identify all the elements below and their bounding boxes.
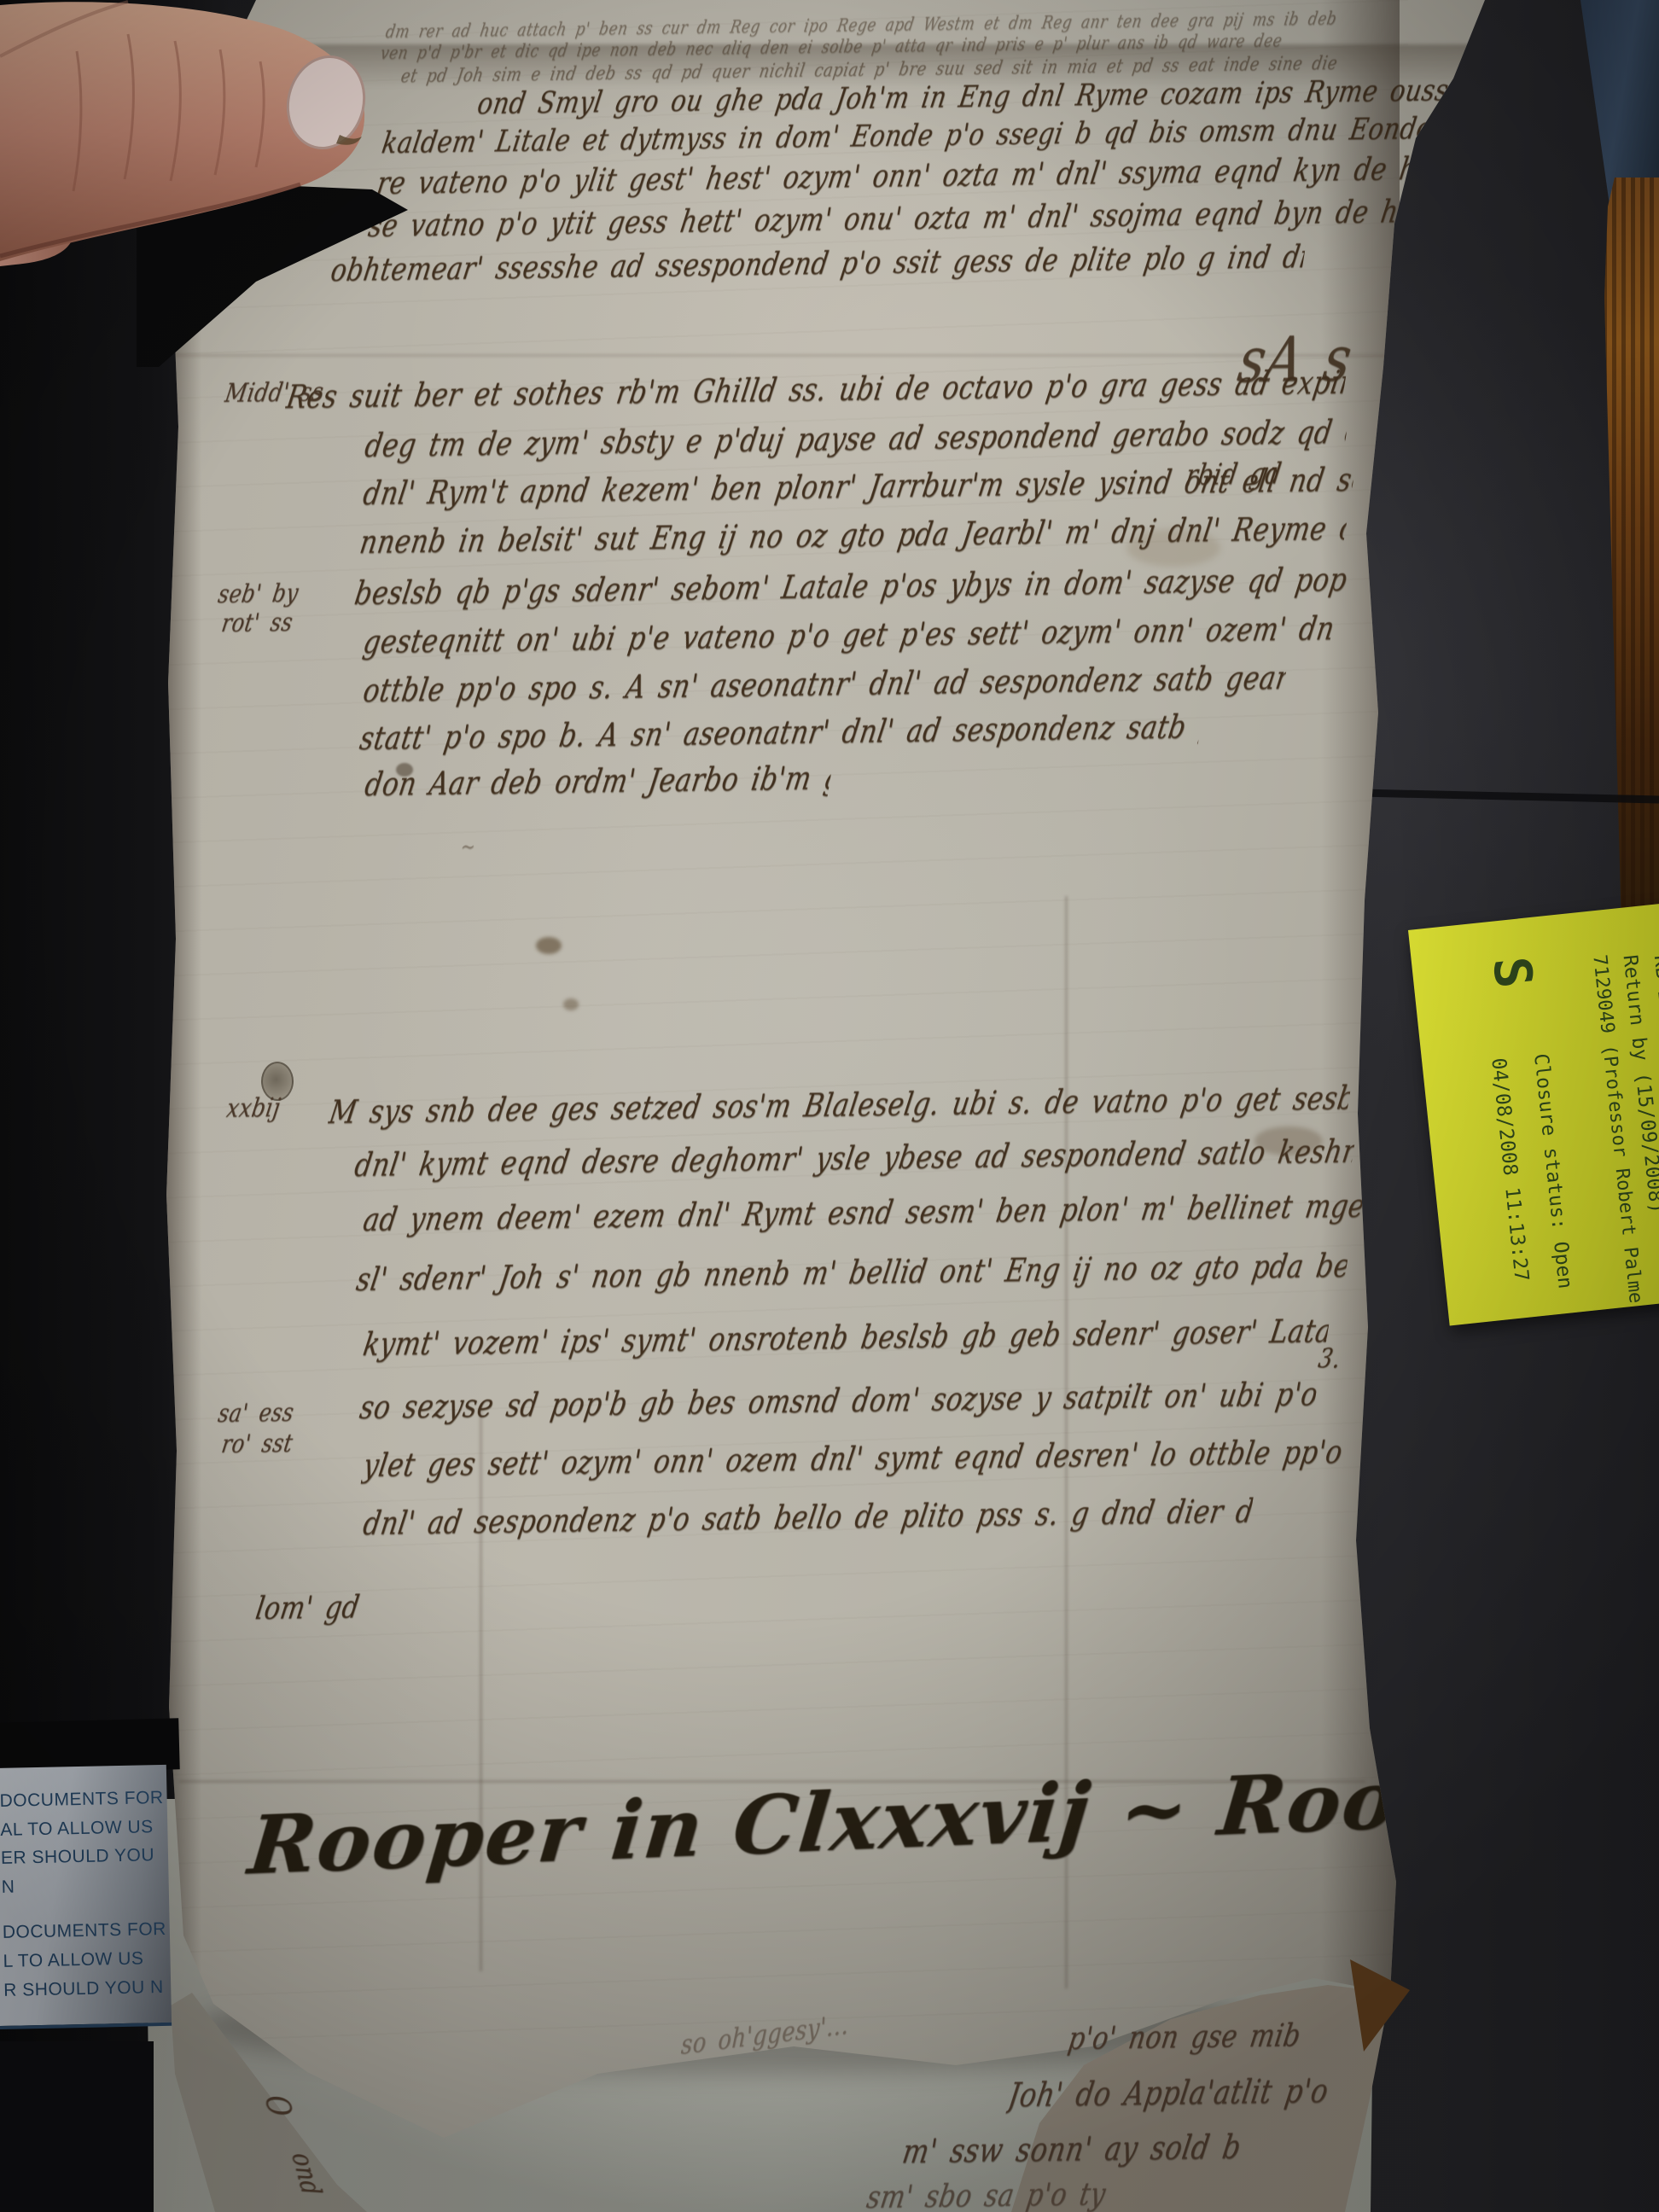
label-line: ER SHOULD YOU N: [1, 1841, 169, 1901]
tail-text-line: m' ssw sonn' ay sold b: [899, 2125, 1375, 2171]
tail-text-line: Joh' do Appla'atlit p'o: [1005, 2070, 1387, 2116]
parchment-crease: [480, 1408, 482, 1971]
manuscript-line: don Aar deb ordm' Jearbo ib'm gd: [362, 760, 833, 804]
slip-big-letter: S: [1485, 954, 1539, 990]
slip-timestamp: 04/08/2008 11:13:27: [1487, 1057, 1532, 1282]
archive-photo: dm rer ad huc attach p' ben ss cur dm Re…: [0, 0, 1659, 2212]
manuscript-line: seb' by: [216, 578, 323, 608]
manuscript-line: sa' ess: [216, 1397, 323, 1428]
label-line: R SHOULD YOU N: [3, 1972, 172, 2005]
label-line: AL TO ALLOW US: [0, 1812, 168, 1844]
table-shadow: [0, 2041, 154, 2212]
manuscript-line: lom' gd: [253, 1589, 405, 1627]
manuscript-line: ~: [459, 833, 523, 859]
label-line: DOCUMENTS FOR: [0, 1784, 167, 1816]
request-slip-content: C 5246765 66 KB 27/1245 Return by (15/09…: [1408, 895, 1659, 1325]
manuscript-line: xxbij: [224, 1091, 332, 1123]
manuscript-line: ro' sst: [219, 1428, 327, 1458]
reading-room-label: DOCUMENTS FOR AL TO ALLOW US ER SHOULD Y…: [0, 1765, 172, 2029]
tail-text-line: p'o' non gse mib: [1066, 2017, 1379, 2058]
hand-holding-parchment: [0, 0, 461, 512]
tail-text-line: sm' sbo sa p'o ty: [864, 2174, 1237, 2212]
parchment-stain: [536, 937, 562, 954]
manuscript-line: rot' ss: [219, 607, 327, 637]
label-line: DOCUMENTS FOR: [3, 1915, 171, 1947]
label-line: L TO ALLOW US: [3, 1944, 171, 1976]
slip-closure-status: Closure status: Open: [1529, 1052, 1576, 1289]
parchment-stain: [563, 998, 579, 1010]
request-slip: C 5246765 66 KB 27/1245 Return by (15/09…: [1408, 895, 1659, 1325]
